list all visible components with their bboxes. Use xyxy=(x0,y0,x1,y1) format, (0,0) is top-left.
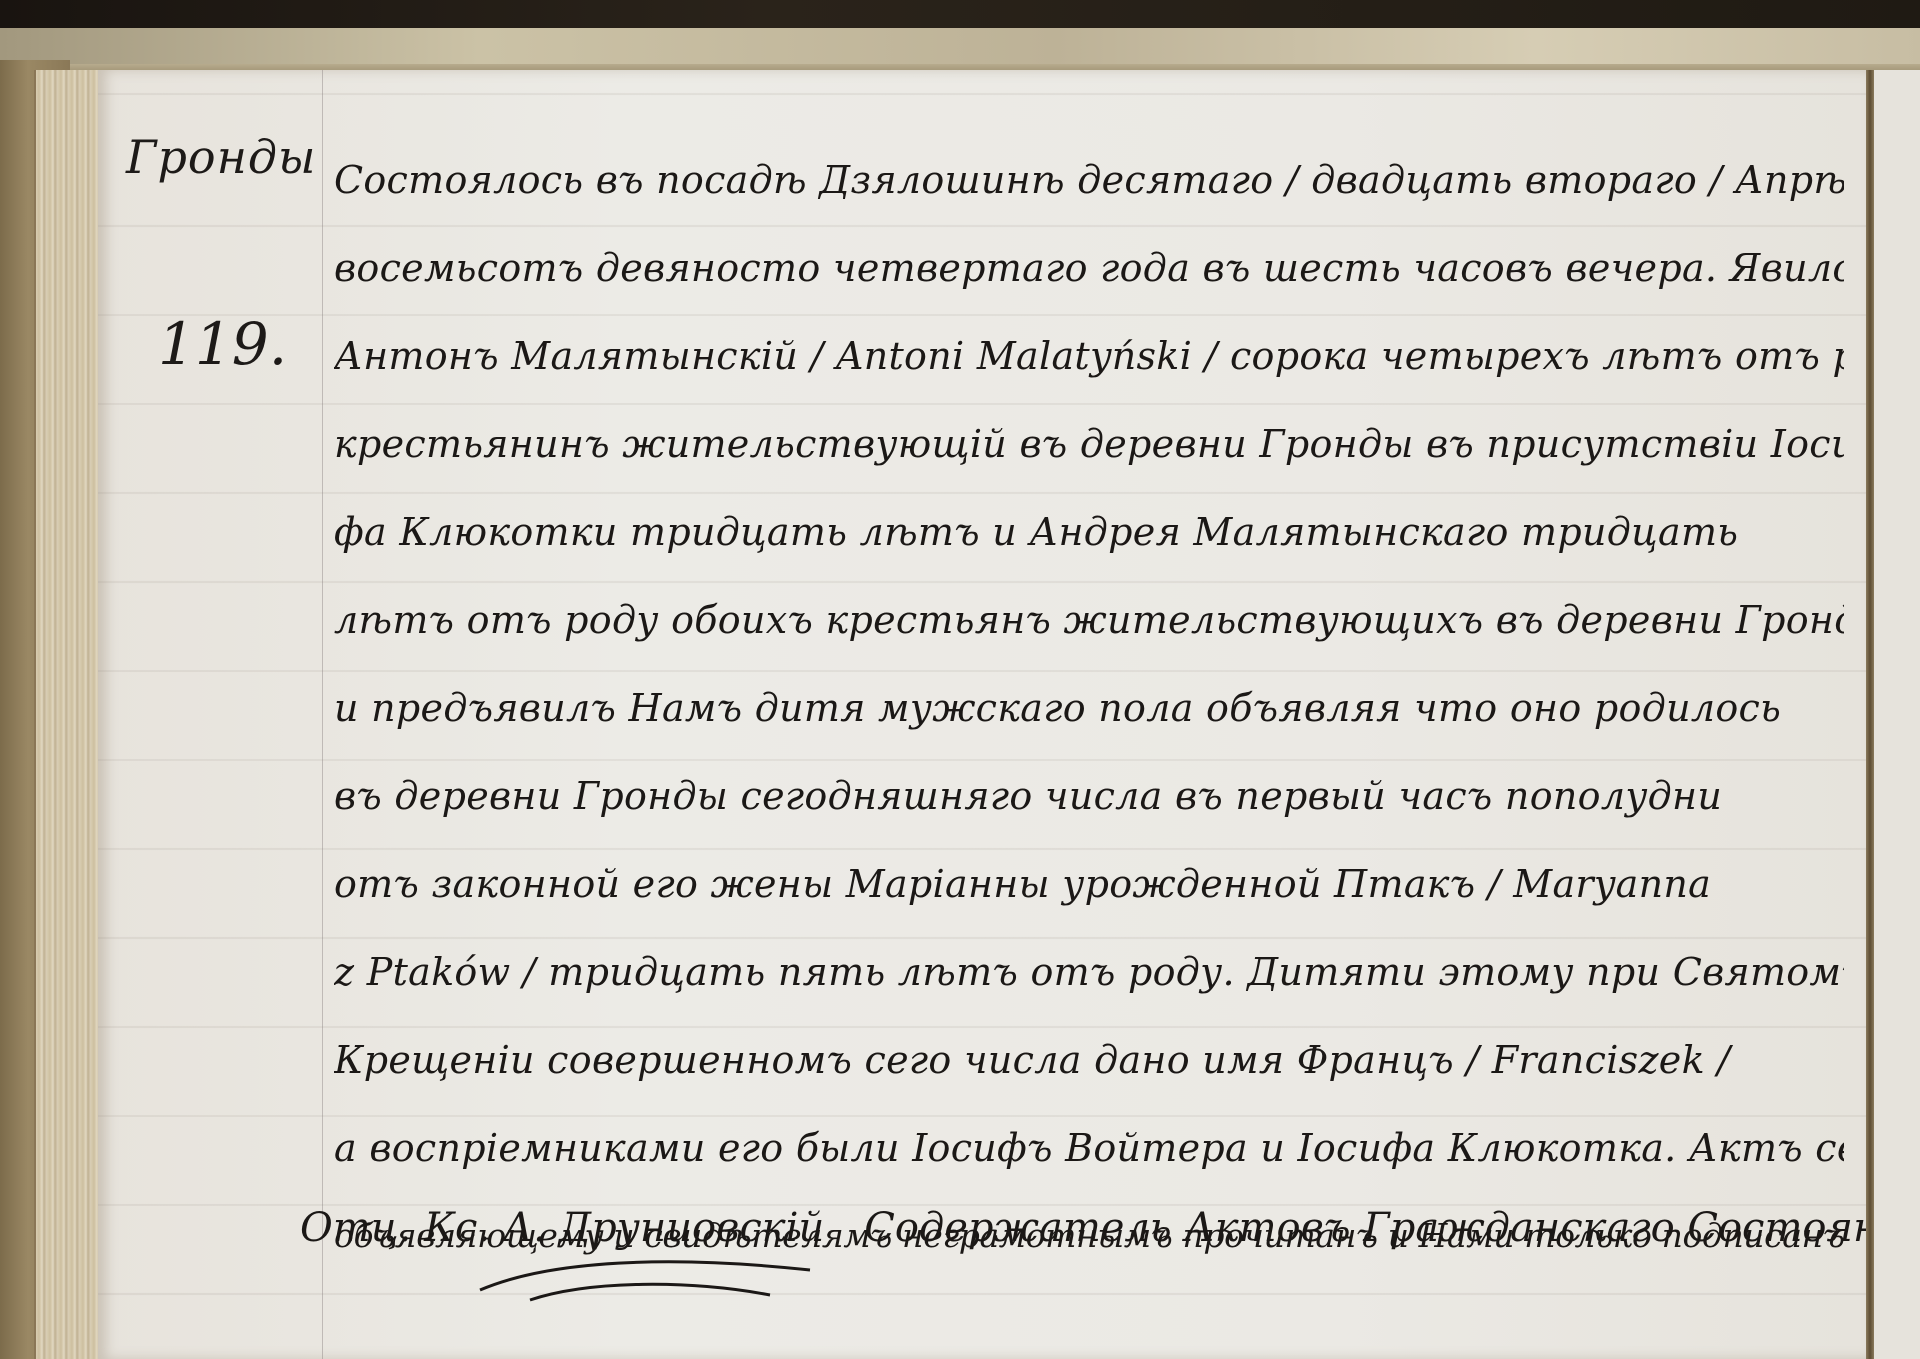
margin-column: Гронды 119. xyxy=(98,70,322,1359)
record-line-8: въ деревни Гронды сегодняшняго числа въ … xyxy=(334,752,1844,840)
record-line-5: фа Клюкотки тридцать лѣтъ и Андрея Малят… xyxy=(334,488,1844,576)
book-gutter-right xyxy=(1866,70,1874,1359)
record-line-4: крестьянинъ жительствующій въ деревни Гр… xyxy=(334,400,1844,488)
book-top-edge xyxy=(0,0,1920,28)
margin-rule xyxy=(322,70,323,1359)
signature-priest: Отц. Кс. А. Друниовскій xyxy=(300,1205,824,1251)
record-line-6: лѣтъ отъ роду обоихъ крестьянъ жительств… xyxy=(334,576,1844,664)
record-line-2: восемьсотъ девяносто четвертаго года въ … xyxy=(334,224,1844,312)
record-line-7: и предъявилъ Намъ дитя мужскаго пола объ… xyxy=(334,664,1844,752)
record-line-9: отъ законной его жены Маріанны урожденно… xyxy=(334,840,1844,928)
record-line-12: а воспріемниками его были Іосифъ Войтера… xyxy=(334,1104,1844,1192)
record-line-3: Антонъ Малятынскій / Antoni Malatyński /… xyxy=(334,312,1844,400)
record-number: 119. xyxy=(158,310,287,378)
signature-registrar: Содержатель Актовъ Гражданскаго Состояні… xyxy=(864,1205,1918,1251)
margin-place-name: Гронды xyxy=(126,130,317,184)
record-line-11: Крещеніи совершенномъ сего числа дано им… xyxy=(334,1016,1844,1104)
signature-flourish-icon xyxy=(470,1250,830,1310)
book-cover-strip xyxy=(0,28,1920,64)
facing-page-edge xyxy=(1874,70,1920,1359)
register-scan: Гронды 119. Состоялось въ посадѣ Дзялоши… xyxy=(0,0,1920,1359)
record-line-10: z Ptaków / тридцать пять лѣтъ отъ роду. … xyxy=(334,928,1844,1016)
page-stack-edges xyxy=(34,70,104,1359)
record-body: Состоялось въ посадѣ Дзялошинѣ десятаго … xyxy=(334,136,1844,1280)
register-page: Гронды 119. Состоялось въ посадѣ Дзялоши… xyxy=(98,70,1866,1359)
record-line-1: Состоялось въ посадѣ Дзялошинѣ десятаго … xyxy=(334,136,1844,224)
